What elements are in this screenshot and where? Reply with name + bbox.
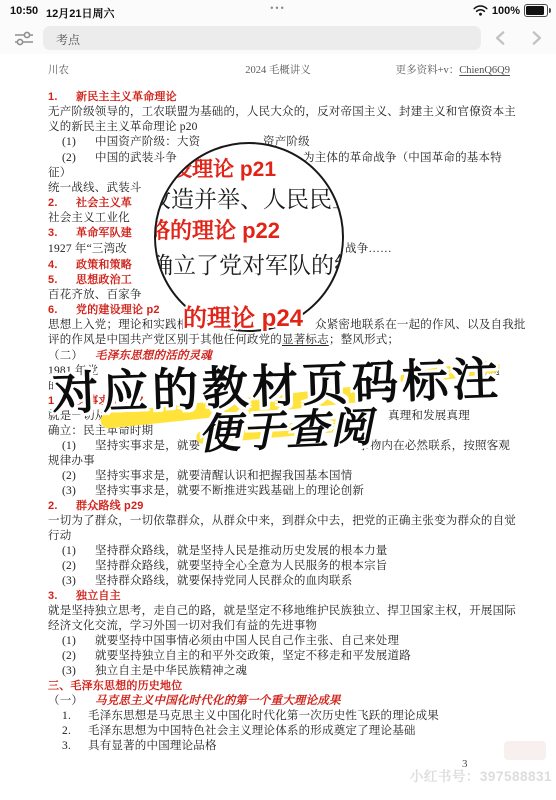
doc-line: 规律办事 — [0, 454, 556, 469]
doc-text-segment: 党的建设理论 p2 — [76, 303, 160, 318]
doc-text-segment: 3. — [48, 226, 58, 241]
doc-text-segment: 新民主主义革命理论 — [76, 90, 177, 105]
doc-text-segment: 1. — [62, 709, 71, 724]
doc-line: (2)坚持实事求是，就要清醒认识和把握我国基本国情 — [0, 469, 556, 484]
doc-text-segment: 就是一切从实际出 — [48, 409, 142, 424]
doc-line: （一）马克思主义中国化时代化的第一个重大理论成果 — [0, 694, 556, 709]
doc-line: (3)坚持实事求是，就要不断推进实践基础上的理论创新 — [0, 484, 556, 499]
doc-text-segment: 的决议》 — [48, 379, 95, 394]
doc-text-segment: 众紧密地联系在一起的作风、以及自我批 — [315, 318, 526, 333]
doc-text-segment: 6. — [48, 303, 58, 318]
doc-text-segment: 群众路线 p29 — [76, 499, 144, 514]
doc-text-segment: 实事求是 p27 — [76, 394, 144, 409]
doc-text-segment: 毛泽东思想为中国特色社会主义理论体系的形成奠定了理论基础 — [88, 724, 416, 739]
doc-line: 三、毛泽东思想的历史地位 — [0, 679, 556, 694]
doc-text-segment: 马克思主义中国化时代化的第一个重大理论成果 — [95, 694, 341, 709]
doc-line: (3)坚持群众路线，就要保持党同人民群众的血肉联系 — [0, 574, 556, 589]
doc-line: 1.实事求是 p27 — [0, 394, 556, 409]
doc-text-segment: 评的作风是中国共产党区别于其他任何政党的 — [48, 333, 282, 348]
doc-text-segment: 坚持群众路线，就是坚持人民是推动历史发展的根本力量 — [95, 544, 388, 559]
doc-text-segment: 坚持实事求是，就要 — [95, 439, 200, 454]
doc-text-segment: 毛泽东思想的活的灵魂 — [95, 349, 212, 364]
doc-line: (1)就要坚持中国事情必须由中国人民自己作主张、自己来处理 — [0, 634, 556, 649]
doc-text-segment: (2) — [62, 151, 76, 166]
doc-text-segment: 坚持实事求是，就要清醒认识和把握我国基本国情 — [95, 469, 352, 484]
doc-text-segment: (3) — [62, 664, 76, 679]
doc-text-segment: ；整风形式； — [329, 333, 399, 348]
doc-line: 义的新民主主义革命理论 p20 — [0, 120, 556, 135]
doc-text-segment: 三、毛泽东思想的历史地位 — [48, 679, 182, 694]
doc-lines: 1.新民主主义革命理论无产阶级领导的，工农联盟为基础的，人民大众的，反对帝国主义… — [0, 0, 556, 800]
magnifier-overflow-line: 的理论 p24 — [183, 298, 303, 333]
doc-line: 无产阶级领导的，工农联盟为基础的，人民大众的，反对帝国主义、封建主义和官僚资本主 — [0, 105, 556, 120]
doc-line: 就是坚持独立思考，走自己的路，就是坚定不移地维护民族独立、捍卫国家主权，开展国际 — [0, 604, 556, 619]
doc-text-segment: 思想上入党；理论和实践相 — [48, 318, 188, 333]
doc-text-segment: (2) — [62, 469, 76, 484]
doc-text-segment: 史问题 — [465, 364, 500, 379]
doc-text-segment: (1) — [62, 634, 76, 649]
doc-text-segment: 事物内在必然联系，按照客观 — [358, 439, 510, 454]
doc-line: 1.新民主主义革命理论 — [0, 90, 556, 105]
doc-text-segment: 显著标志 — [282, 333, 329, 348]
doc-line: 就是一切从实际出真理和发展真理 — [0, 409, 556, 424]
doc-text-segment: 战争…… — [345, 242, 392, 257]
doc-text-segment: 就是坚持独立思考，走自己的路，就是坚定不移地维护民族独立、捍卫国家主权，开展国际 — [48, 604, 516, 619]
doc-text-segment: 5. — [48, 273, 58, 288]
doc-line: 2.毛泽东思想为中国特色社会主义理论体系的形成奠定了理论基础 — [0, 724, 556, 739]
magnifier-line: 改造并举、人民民主专 — [154, 186, 344, 212]
doc-line: (3)独立自主是中华民族精神之魂 — [0, 664, 556, 679]
doc-text-segment: (1) — [62, 135, 76, 150]
magnifier-line: 建设理论 p21 — [154, 158, 276, 182]
doc-line: 1.毛泽东思想是马克思主义中国化时代化第一次历史性飞跃的理论成果 — [0, 709, 556, 724]
doc-text-segment: 独立自主 — [76, 589, 121, 604]
doc-text-segment: 行动 — [48, 529, 71, 544]
doc-text-segment: 2. — [62, 724, 71, 739]
account-watermark: 小红书号：397588831 — [410, 765, 552, 785]
doc-line: 一切为了群众，一切依靠群众，从群众中来，到群众中去，把党的正确主张变为群众的自觉 — [0, 514, 556, 529]
doc-text-segment: 3. — [62, 739, 71, 754]
doc-text-segment: 1981 年党 — [48, 364, 98, 379]
doc-text-segment: 独立自主是中华民族精神之魂 — [95, 664, 247, 679]
doc-text-segment: (3) — [62, 484, 76, 499]
doc-text-segment: 规律办事 — [48, 454, 95, 469]
doc-text-segment: （一） — [48, 694, 83, 709]
doc-text-segment: 坚持实事求是，就要不断推进实践基础上的理论创新 — [95, 484, 364, 499]
doc-line: （二）毛泽东思想的活的灵魂 — [0, 349, 556, 364]
doc-text-segment: 1. — [48, 90, 58, 105]
doc-text-segment: 无产阶级领导的，工农联盟为基础的，人民大众的，反对帝国主义、封建主义和官僚资本主 — [48, 105, 516, 120]
doc-line: 的决议》 — [0, 379, 556, 394]
doc-line: 确立：民主革命时期 — [0, 424, 556, 439]
doc-text-segment: 经济文化交流，学习外国一切对我们有益的先进事物 — [48, 619, 317, 634]
doc-text-segment: 具有显著的中国理论品格 — [88, 739, 217, 754]
doc-text-segment: （二） — [48, 349, 83, 364]
magnifier-line: 略的理论 p22 — [154, 218, 280, 243]
doc-line: 3.具有显著的中国理论品格 — [0, 739, 556, 754]
doc-text-segment: 百花齐放、百家争 — [48, 288, 142, 303]
doc-text-segment: 确立：民主革命时期 — [48, 424, 153, 439]
doc-line: 经济文化交流，学习外国一切对我们有益的先进事物 — [0, 619, 556, 634]
doc-text-segment: 革命军队建 — [76, 226, 132, 241]
doc-text-segment: 真理和发展真理 — [388, 409, 470, 424]
doc-text-segment: 就要坚持独立自主的和平外交政策，坚定不移走和平发展道路 — [95, 649, 411, 664]
doc-text-segment: (3) — [62, 574, 76, 589]
doc-text-segment: 就要坚持中国事情必须由中国人民自己作主张、自己来处理 — [95, 634, 399, 649]
doc-text-segment: 为主体的革命战争（中国革命的基本特 — [303, 151, 502, 166]
doc-text-segment: 坚持群众路线，就要坚持全心全意为人民服务的根本宗旨 — [95, 559, 388, 574]
doc-line: 2.群众路线 p29 — [0, 499, 556, 514]
magnifier-line: 确立了党对军队的绝对 — [154, 252, 344, 278]
doc-text-segment: 1. — [48, 394, 58, 409]
doc-text-segment: 征） — [48, 166, 71, 181]
doc-text-segment: 2. — [48, 499, 58, 514]
doc-line: (1)坚持实事求是，就要事物内在必然联系，按照客观 — [0, 439, 556, 454]
doc-text-segment: (1) — [62, 439, 76, 454]
screen: 10:50 12月21日周六 ••• 100% 考点 — [0, 0, 556, 800]
doc-line: (2)坚持群众路线，就要坚持全心全意为人民服务的根本宗旨 — [0, 559, 556, 574]
doc-line: 评的作风是中国共产党区别于其他任何政党的显著标志；整风形式； — [0, 333, 556, 348]
doc-line: 3.独立自主 — [0, 589, 556, 604]
doc-text-segment: 中国资产阶级：大资 — [95, 135, 200, 150]
doc-text-segment: 1927 年“三湾改 — [48, 242, 127, 257]
xiaohongshu-logo-watermark — [504, 741, 546, 760]
doc-text-segment: 统一战线、武装斗 — [48, 181, 142, 196]
doc-text-segment: (2) — [62, 649, 76, 664]
doc-text-segment: 2. — [48, 196, 58, 211]
doc-line: (2)就要坚持独立自主的和平外交政策，坚定不移走和平发展道路 — [0, 649, 556, 664]
doc-text-segment: 政策和策略 — [76, 258, 132, 273]
doc-line: 1981 年党史问题 — [0, 364, 556, 379]
doc-text-segment: 坚持群众路线，就要保持党同人民群众的血肉联系 — [95, 574, 352, 589]
doc-text-segment: (1) — [62, 544, 76, 559]
doc-text-segment: 社会主义工业化 — [48, 211, 130, 226]
doc-text-segment: 社会主义革 — [76, 196, 132, 211]
doc-line: (1)坚持群众路线，就是坚持人民是推动历史发展的根本力量 — [0, 544, 556, 559]
doc-line: 行动 — [0, 529, 556, 544]
doc-text-segment: 4. — [48, 258, 58, 273]
doc-text-segment: 思想政治工 — [76, 273, 132, 288]
doc-text-segment: 3. — [48, 589, 58, 604]
doc-text-segment: 一切为了群众，一切依靠群众，从群众中来，到群众中去，把党的正确主张变为群众的自觉 — [48, 514, 516, 529]
doc-text-segment: (2) — [62, 559, 76, 574]
doc-text-segment: 义的新民主主义革命理论 p20 — [48, 120, 198, 135]
doc-text-segment: 毛泽东思想是马克思主义中国化时代化第一次历史性飞跃的理论成果 — [88, 709, 439, 724]
